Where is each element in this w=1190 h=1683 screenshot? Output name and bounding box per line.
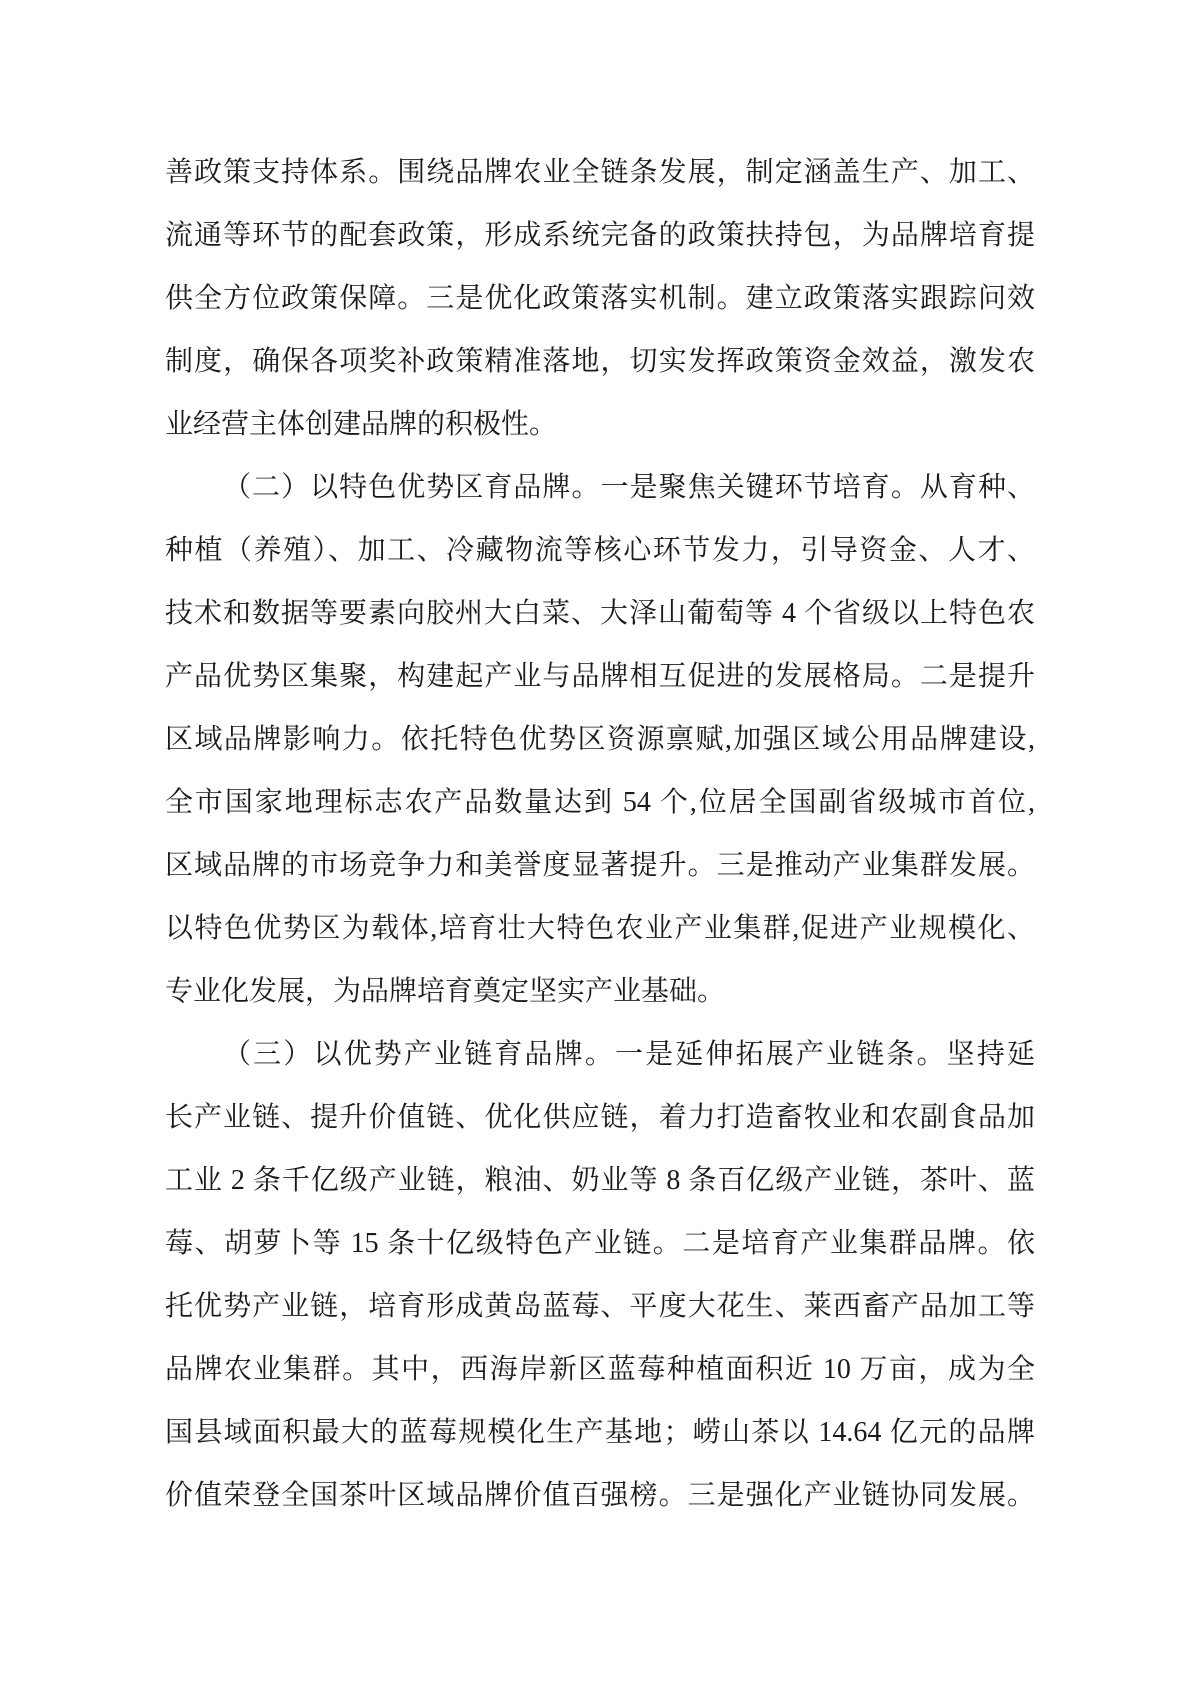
text-line: 制度，确保各项奖补政策精准落地，切实发挥政策资金效益，激发农 [165,330,1035,393]
text-line: 莓、胡萝卜等 15 条十亿级特色产业链。二是培育产业集群品牌。依 [165,1212,1035,1275]
text-line: 工业 2 条千亿级产业链，粮油、奶业等 8 条百亿级产业链，茶叶、蓝 [165,1149,1035,1212]
text-line: 业经营主体创建品牌的积极性。 [165,393,1035,456]
document-text: 善政策支持体系。围绕品牌农业全链条发展，制定涵盖生产、加工、流通等环节的配套政策… [165,141,1035,1527]
document-page: 善政策支持体系。围绕品牌农业全链条发展，制定涵盖生产、加工、流通等环节的配套政策… [0,0,1190,1683]
text-line: 国县域面积最大的蓝莓规模化生产基地；崂山茶以 14.64 亿元的品牌 [165,1401,1035,1464]
text-line: 以特色优势区为载体,培育壮大特色农业产业集群,促进产业规模化、 [165,897,1035,960]
text-line: 区域品牌影响力。依托特色优势区资源禀赋,加强区域公用品牌建设, [165,708,1035,771]
text-line: 种植（养殖）、加工、冷藏物流等核心环节发力，引导资金、人才、 [165,519,1035,582]
text-line: 产品优势区集聚，构建起产业与品牌相互促进的发展格局。二是提升 [165,645,1035,708]
text-line: （三）以优势产业链育品牌。一是延伸拓展产业链条。坚持延 [165,1023,1035,1086]
text-line: 善政策支持体系。围绕品牌农业全链条发展，制定涵盖生产、加工、 [165,141,1035,204]
text-line: 品牌农业集群。其中，西海岸新区蓝莓种植面积近 10 万亩，成为全 [165,1338,1035,1401]
text-line: 技术和数据等要素向胶州大白菜、大泽山葡萄等 4 个省级以上特色农 [165,582,1035,645]
text-line: 区域品牌的市场竞争力和美誉度显著提升。三是推动产业集群发展。 [165,834,1035,897]
text-line: 供全方位政策保障。三是优化政策落实机制。建立政策落实跟踪问效 [165,267,1035,330]
text-line: 专业化发展，为品牌培育奠定坚实产业基础。 [165,960,1035,1023]
text-line: 长产业链、提升价值链、优化供应链，着力打造畜牧业和农副食品加 [165,1086,1035,1149]
text-line: （二）以特色优势区育品牌。一是聚焦关键环节培育。从育种、 [165,456,1035,519]
text-line: 价值荣登全国茶叶区域品牌价值百强榜。三是强化产业链协同发展。 [165,1464,1035,1527]
text-line: 托优势产业链，培育形成黄岛蓝莓、平度大花生、莱西畜产品加工等 [165,1275,1035,1338]
text-line: 全市国家地理标志农产品数量达到 54 个,位居全国副省级城市首位, [165,771,1035,834]
text-line: 流通等环节的配套政策，形成系统完备的政策扶持包，为品牌培育提 [165,204,1035,267]
